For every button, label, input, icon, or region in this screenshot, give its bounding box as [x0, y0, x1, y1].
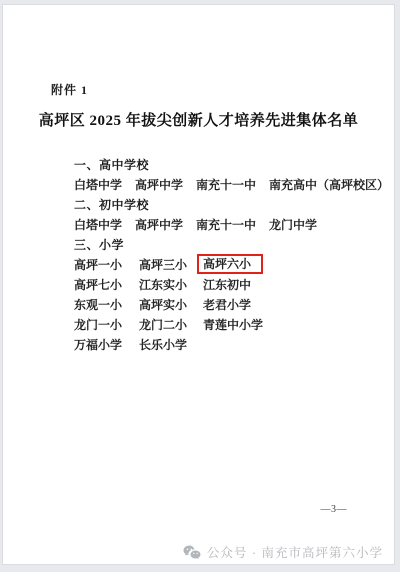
- document-page: 附件 1 高坪区 2025 年拔尖创新人才培养先进集体名单 一、高中学校 白塔中…: [2, 4, 395, 565]
- school-name: 高坪中学: [135, 216, 183, 233]
- section-heading-primary-school: 三、小学: [74, 234, 374, 254]
- highlight-box: 高坪六小: [197, 254, 263, 274]
- wechat-icon: [183, 545, 201, 560]
- wechat-watermark: 公众号 · 南充市高坪第六小学: [183, 543, 383, 561]
- school-name: 龙门一小: [74, 316, 139, 333]
- document-title: 高坪区 2025 年拔尖创新人才培养先进集体名单: [3, 109, 394, 130]
- middle-school-list: 白塔中学 高坪中学 南充十一中 龙门中学: [74, 214, 374, 234]
- section-heading-high-school: 一、高中学校: [74, 154, 374, 174]
- school-name: 南充高中（高坪校区）: [269, 176, 389, 193]
- primary-school-row: 高坪一小 高坪三小 高坪六小: [74, 254, 374, 274]
- attachment-label: 附件 1: [51, 81, 88, 98]
- school-name: 南充十一中: [196, 176, 256, 193]
- school-name: 南充十一中: [196, 216, 256, 233]
- primary-school-row: 万福小学 长乐小学: [74, 334, 374, 354]
- page-number: —3—: [321, 504, 348, 515]
- school-name: 龙门二小: [139, 316, 203, 333]
- school-name: 高坪中学: [135, 176, 183, 193]
- school-name: 东观一小: [74, 296, 139, 313]
- school-name: 万福小学: [74, 336, 139, 353]
- school-name: 长乐小学: [139, 336, 203, 353]
- school-name: 白塔中学: [74, 176, 122, 193]
- school-name: 龙门中学: [269, 216, 317, 233]
- high-school-list: 白塔中学 高坪中学 南充十一中 南充高中（高坪校区）: [74, 174, 374, 194]
- school-name: 白塔中学: [74, 216, 122, 233]
- primary-school-row: 龙门一小 龙门二小 青莲中小学: [74, 314, 374, 334]
- school-name: 高坪三小: [139, 256, 203, 273]
- school-name: 青莲中小学: [203, 316, 263, 333]
- primary-school-row: 东观一小 高坪实小 老君小学: [74, 294, 374, 314]
- school-name: 江东实小: [139, 276, 203, 293]
- school-name: 高坪一小: [74, 256, 139, 273]
- primary-school-row: 高坪七小 江东实小 江东初中: [74, 274, 374, 294]
- screenshot-canvas: 附件 1 高坪区 2025 年拔尖创新人才培养先进集体名单 一、高中学校 白塔中…: [0, 0, 400, 572]
- school-name: 老君小学: [203, 296, 251, 313]
- document-body: 一、高中学校 白塔中学 高坪中学 南充十一中 南充高中（高坪校区） 二、初中学校…: [74, 154, 374, 354]
- school-name: 高坪七小: [74, 276, 139, 293]
- section-heading-middle-school: 二、初中学校: [74, 194, 374, 214]
- school-name: 江东初中: [203, 276, 251, 293]
- watermark-text: 公众号 · 南充市高坪第六小学: [207, 543, 383, 561]
- school-name: 高坪实小: [139, 296, 203, 313]
